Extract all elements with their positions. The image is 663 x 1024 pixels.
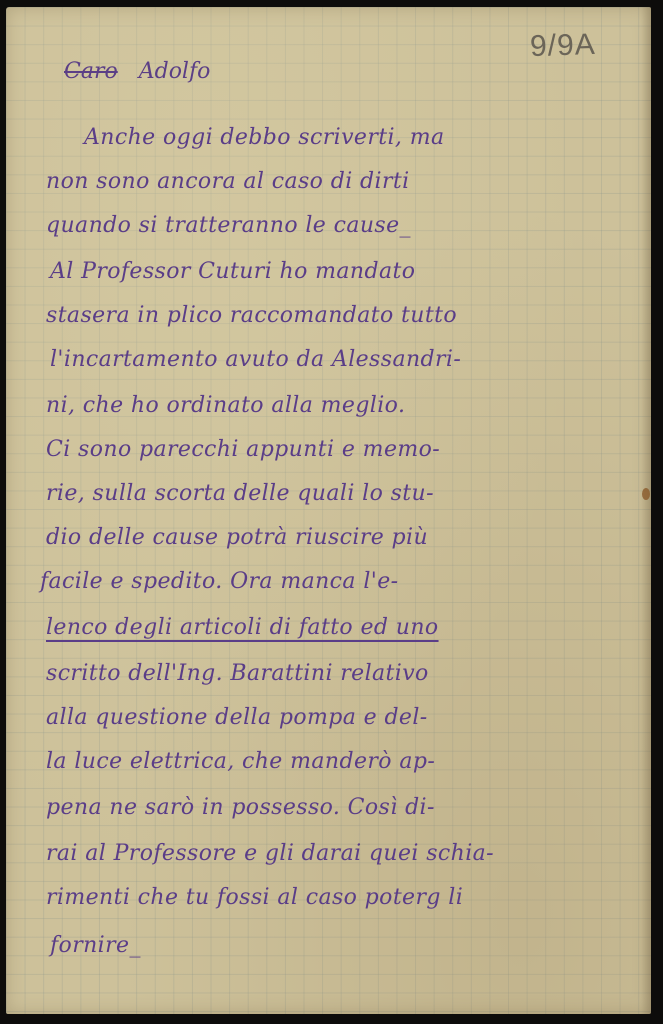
document-scan: 9/9A Caro Adolfo Anche oggi debbo scrive… — [0, 0, 663, 1024]
letter-line: dio delle cause potrà riuscire più — [46, 525, 428, 550]
letter-line: scritto dell'Ing. Barattini relativo — [46, 661, 429, 686]
letter-line: rai al Professore e gli darai quei schia… — [46, 841, 494, 866]
paper-edge-shadow — [641, 7, 651, 1014]
letter-line: pena ne sarò in possesso. Così di- — [46, 795, 435, 820]
struck-word: Caro — [64, 59, 118, 84]
letter-line: Anche oggi debbo scriverti, ma — [84, 125, 444, 150]
recipient-name: Adolfo — [139, 59, 211, 84]
letter-line: stasera in plico raccomandato tutto — [46, 303, 457, 328]
letter-line: rimenti che tu fossi al caso poterg li — [46, 885, 463, 910]
letter-line: ni, che ho ordinato alla meglio. — [46, 393, 405, 418]
salutation: Caro Adolfo — [64, 59, 210, 84]
letter-line: facile e spedito. Ora manca l'e- — [40, 569, 398, 594]
letter-line: la luce elettrica, che manderò ap- — [46, 749, 435, 774]
paper-stain — [642, 488, 650, 500]
letter-line: quando si tratteranno le cause_ — [46, 213, 411, 238]
letter-line: rie, sulla scorta delle quali lo stu- — [46, 481, 434, 506]
letter-line: Al Professor Cuturi ho mandato — [50, 259, 415, 284]
letter-line: l'incartamento avuto da Alessandri- — [50, 347, 461, 372]
archive-number: 9/9A — [529, 28, 596, 64]
letter-line: alla questione della pompa e del- — [46, 705, 428, 730]
letter-line: fornire_ — [50, 933, 141, 958]
letter-line: Ci sono parecchi appunti e memo- — [46, 437, 440, 462]
letter-line: non sono ancora al caso di dirti — [46, 169, 410, 194]
letter-page: 9/9A Caro Adolfo Anche oggi debbo scrive… — [6, 7, 651, 1014]
letter-line-underlined: lenco degli articoli di fatto ed uno — [46, 615, 439, 640]
